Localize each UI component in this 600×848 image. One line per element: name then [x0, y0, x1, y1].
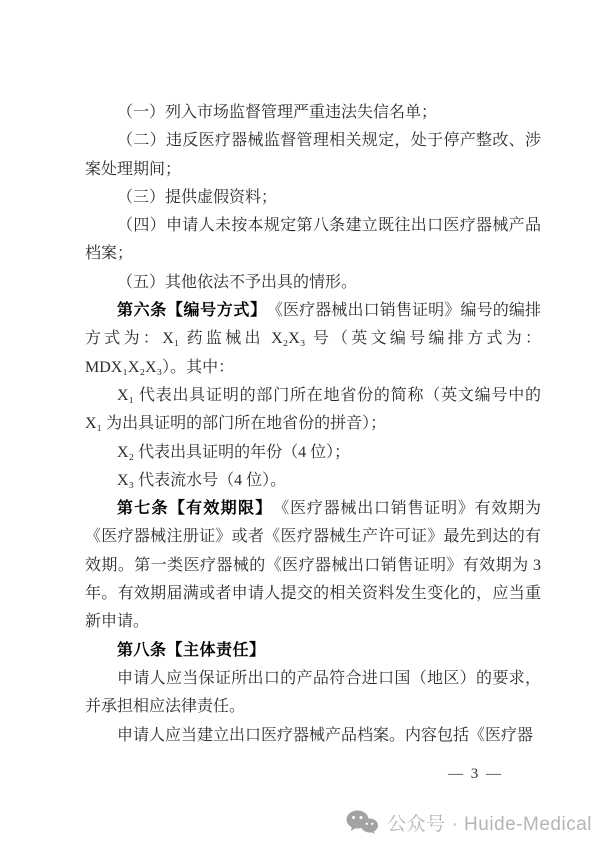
- text-run: （一）列入市场监督管理严重违法失信名单；: [117, 104, 437, 121]
- paragraph: 第八条【主体责任】: [85, 637, 541, 665]
- paragraph: X₃ 代表流水号（4 位）。: [85, 467, 541, 495]
- paragraph: 申请人应当保证所出口的产品符合进口国（地区）的要求，并承担相应法律责任。: [85, 665, 541, 722]
- document-body: （一）列入市场监督管理严重违法失信名单；（二）违反医疗器械监督管理相关规定，处于…: [85, 99, 541, 750]
- paragraph: X₁ 代表出具证明的部门所在地省份的简称（英文编号中的 X₁ 为出具证明的部门所…: [85, 382, 541, 439]
- paragraph: （一）列入市场监督管理严重违法失信名单；: [85, 99, 541, 127]
- paragraph: 申请人应当建立出口医疗器械产品档案。内容包括《医疗器: [85, 722, 541, 750]
- paragraph: （四）申请人未按本规定第八条建立既往出口医疗器械产品档案；: [85, 212, 541, 269]
- paragraph: 第六条【编号方式】 《医疗器械出口销售证明》编号的编排方式为：X₁ 药监械出 X…: [85, 297, 541, 382]
- text-run: 申请人应当保证所出口的产品符合进口国（地区）的要求，并承担相应法律责任。: [85, 670, 541, 715]
- text-run: X₃ 代表流水号（4 位）。: [117, 472, 286, 489]
- text-run: 《医疗器械出口销售证明》有效期为《医疗器械注册证》或者《医疗器械生产许可证》最先…: [85, 500, 541, 630]
- paragraph: （五）其他依法不予出具的情形。: [85, 269, 541, 297]
- text-run: X₁ 代表出具证明的部门所在地省份的简称（英文编号中的 X₁ 为出具证明的部门所…: [85, 387, 541, 432]
- wechat-icon: [346, 810, 378, 834]
- text-run: （二）违反医疗器械监督管理相关规定，处于停产整改、涉案处理期间；: [85, 132, 541, 177]
- heading-run: 第六条【编号方式】: [117, 302, 259, 319]
- text-run: （四）申请人未按本规定第八条建立既往出口医疗器械产品档案；: [85, 217, 541, 262]
- text-run: （五）其他依法不予出具的情形。: [117, 274, 357, 291]
- heading-run: 第七条【有效期限】: [117, 500, 265, 517]
- text-run: 申请人应当建立出口医疗器械产品档案。内容包括《医疗器: [117, 727, 533, 744]
- paragraph: （三）提供虚假资料；: [85, 184, 541, 212]
- heading-run: 第八条【主体责任】: [117, 642, 266, 659]
- page-number: — 3 —: [0, 766, 503, 783]
- document-page: （一）列入市场监督管理严重违法失信名单；（二）违反医疗器械监督管理相关规定，处于…: [0, 0, 600, 848]
- paragraph: X₂ 代表出具证明的年份（4 位）；: [85, 439, 541, 467]
- text-run: X₂ 代表出具证明的年份（4 位）；: [117, 444, 350, 461]
- watermark: 公众号 · Huide-Medical: [346, 806, 592, 838]
- watermark-label: 公众号 · Huide-Medical: [387, 809, 592, 836]
- paragraph: （二）违反医疗器械监督管理相关规定，处于停产整改、涉案处理期间；: [85, 127, 541, 184]
- paragraph: 第七条【有效期限】 《医疗器械出口销售证明》有效期为《医疗器械注册证》或者《医疗…: [85, 495, 541, 636]
- text-run: （三）提供虚假资料；: [117, 189, 277, 206]
